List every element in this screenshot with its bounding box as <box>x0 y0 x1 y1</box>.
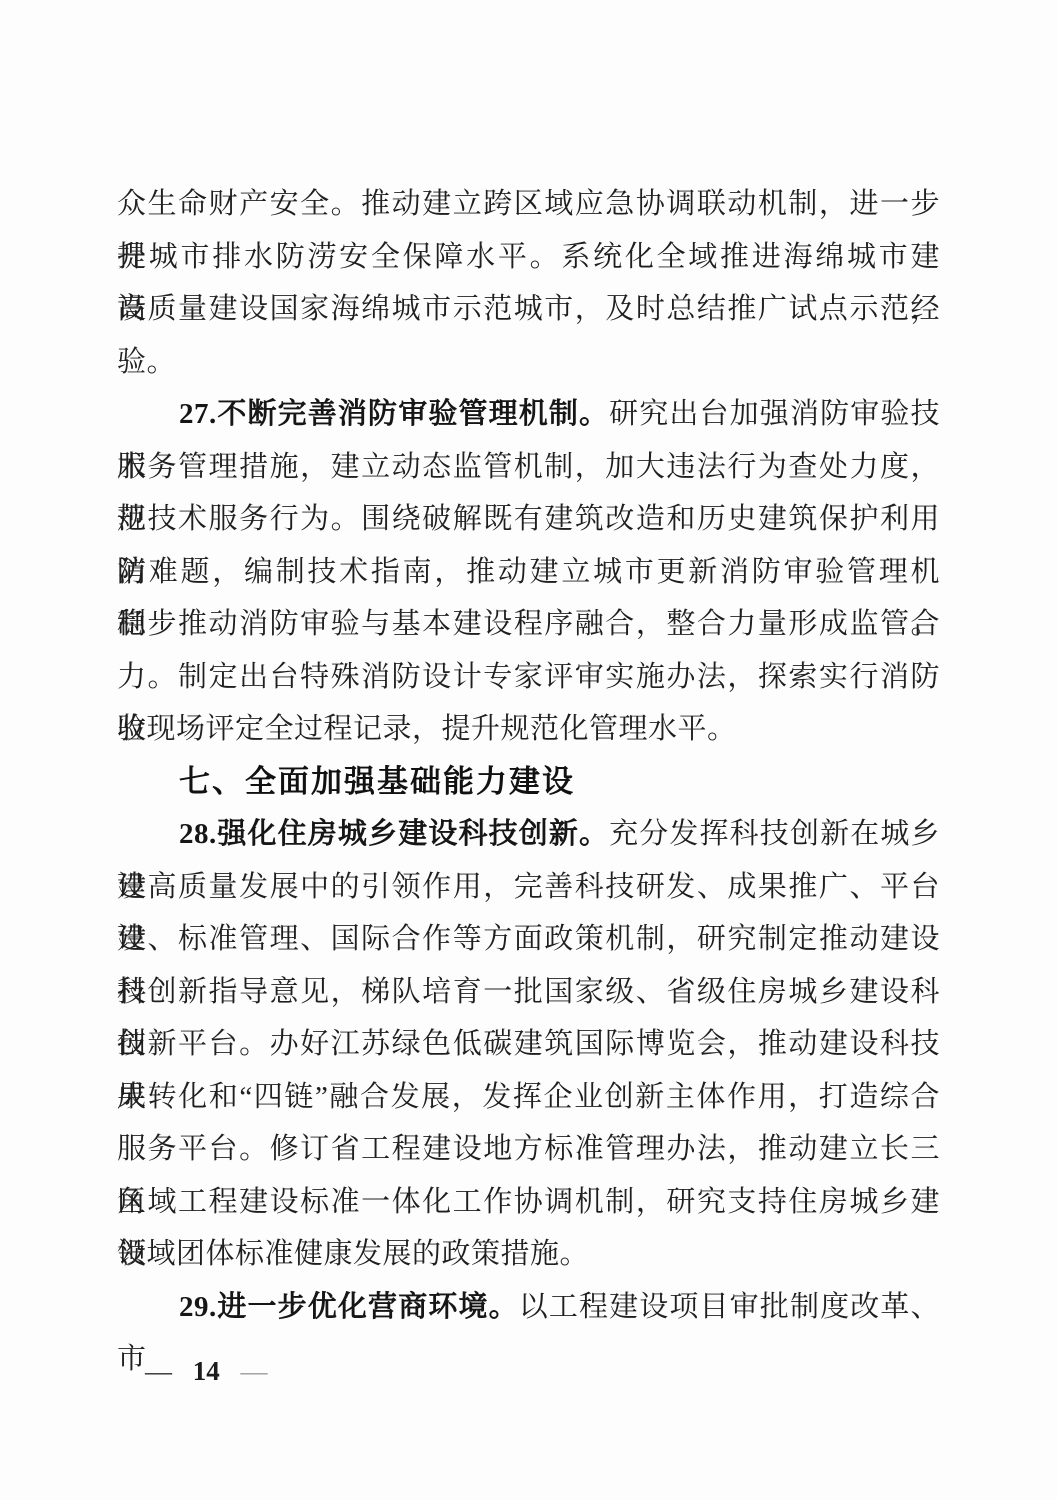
text-line: 28.强化住房城乡建设科技创新。充分发挥科技创新在城乡建 <box>117 808 940 861</box>
paragraph-lead: 27.不断完善消防审验管理机制。 <box>179 398 609 430</box>
text-line: 创新平台。办好江苏绿色低碳建筑国际博览会，推动建设科技成 <box>117 1018 940 1071</box>
paragraph-lead: 28.强化住房城乡建设科技创新。 <box>179 818 609 850</box>
text-line: 稳步推动消防审验与基本建设程序融合，整合力量形成监管合 <box>117 598 940 651</box>
line-text: 验。 <box>117 346 176 378</box>
text-line: 领域团体标准健康发展的政策措施。 <box>117 1228 940 1281</box>
document-body: 众生命财产安全。推动建立跨区域应急协调联动机制，进一步提升城市排水防涝安全保障水… <box>117 178 940 1333</box>
text-line: 设、标准管理、国际合作等方面政策机制，研究制定推动建设科 <box>117 913 940 966</box>
text-line: 力。制定出台特殊消防设计专家评审实施办法，探索实行消防验 <box>117 651 940 704</box>
text-line: 升城市排水防涝安全保障水平。系统化全域推进海绵城市建设， <box>117 231 940 284</box>
line-text: 果转化和“四链”融合发展，发挥企业创新主体作用，打造综合 <box>117 1081 940 1113</box>
text-line: 验。 <box>117 336 940 389</box>
text-line: 收现场评定全过程记录，提升规范化管理水平。 <box>117 703 940 756</box>
text-line: 范技术服务行为。围绕破解既有建筑改造和历史建筑保护利用消 <box>117 493 940 546</box>
text-line: 设高质量发展中的引领作用，完善科技研发、成果推广、平台建 <box>117 861 940 914</box>
text-line: 技创新指导意见，梯队培育一批国家级、省级住房城乡建设科技 <box>117 966 940 1019</box>
text-line: 防难题，编制技术指南，推动建立城市更新消防审验管理机制。 <box>117 546 940 599</box>
page-number: — 14 — <box>145 1356 268 1386</box>
text-line: 服务平台。修订省工程建设地方标准管理办法，推动建立长三角 <box>117 1123 940 1176</box>
text-line: 众生命财产安全。推动建立跨区域应急协调联动机制，进一步提 <box>117 178 940 231</box>
text-line: 29.进一步优化营商环境。以工程建设项目审批制度改革、市 <box>117 1281 940 1334</box>
text-line: 区域工程建设标准一体化工作协调机制，研究支持住房城乡建设 <box>117 1176 940 1229</box>
line-text: 收现场评定全过程记录，提升规范化管理水平。 <box>117 713 737 745</box>
document-page: { "page": { "number": "14", "dash_left":… <box>0 0 1057 1500</box>
text-line: 高质量建设国家海绵城市示范城市，及时总结推广试点示范经 <box>117 283 940 336</box>
text-line: 服务管理措施，建立动态监管机制，加大违法行为查处力度，规 <box>117 441 940 494</box>
page-number-value: 14 <box>193 1356 220 1386</box>
text-line: 27.不断完善消防审验管理机制。研究出台加强消防审验技术 <box>117 388 940 441</box>
line-text: 稳步推动消防审验与基本建设程序融合，整合力量形成监管合 <box>117 608 940 640</box>
paragraph-lead: 29.进一步优化营商环境。 <box>179 1291 519 1323</box>
text-line: 果转化和“四链”融合发展，发挥企业创新主体作用，打造综合 <box>117 1071 940 1124</box>
section-heading: 七、全面加强基础能力建设 <box>117 756 940 809</box>
line-text: 七、全面加强基础能力建设 <box>179 764 575 799</box>
line-text: 高质量建设国家海绵城市示范城市，及时总结推广试点示范经 <box>117 293 940 325</box>
page-number-dash-left: — <box>145 1356 172 1386</box>
page-number-dash-right: — <box>241 1356 268 1386</box>
line-text: 领域团体标准健康发展的政策措施。 <box>117 1238 589 1270</box>
